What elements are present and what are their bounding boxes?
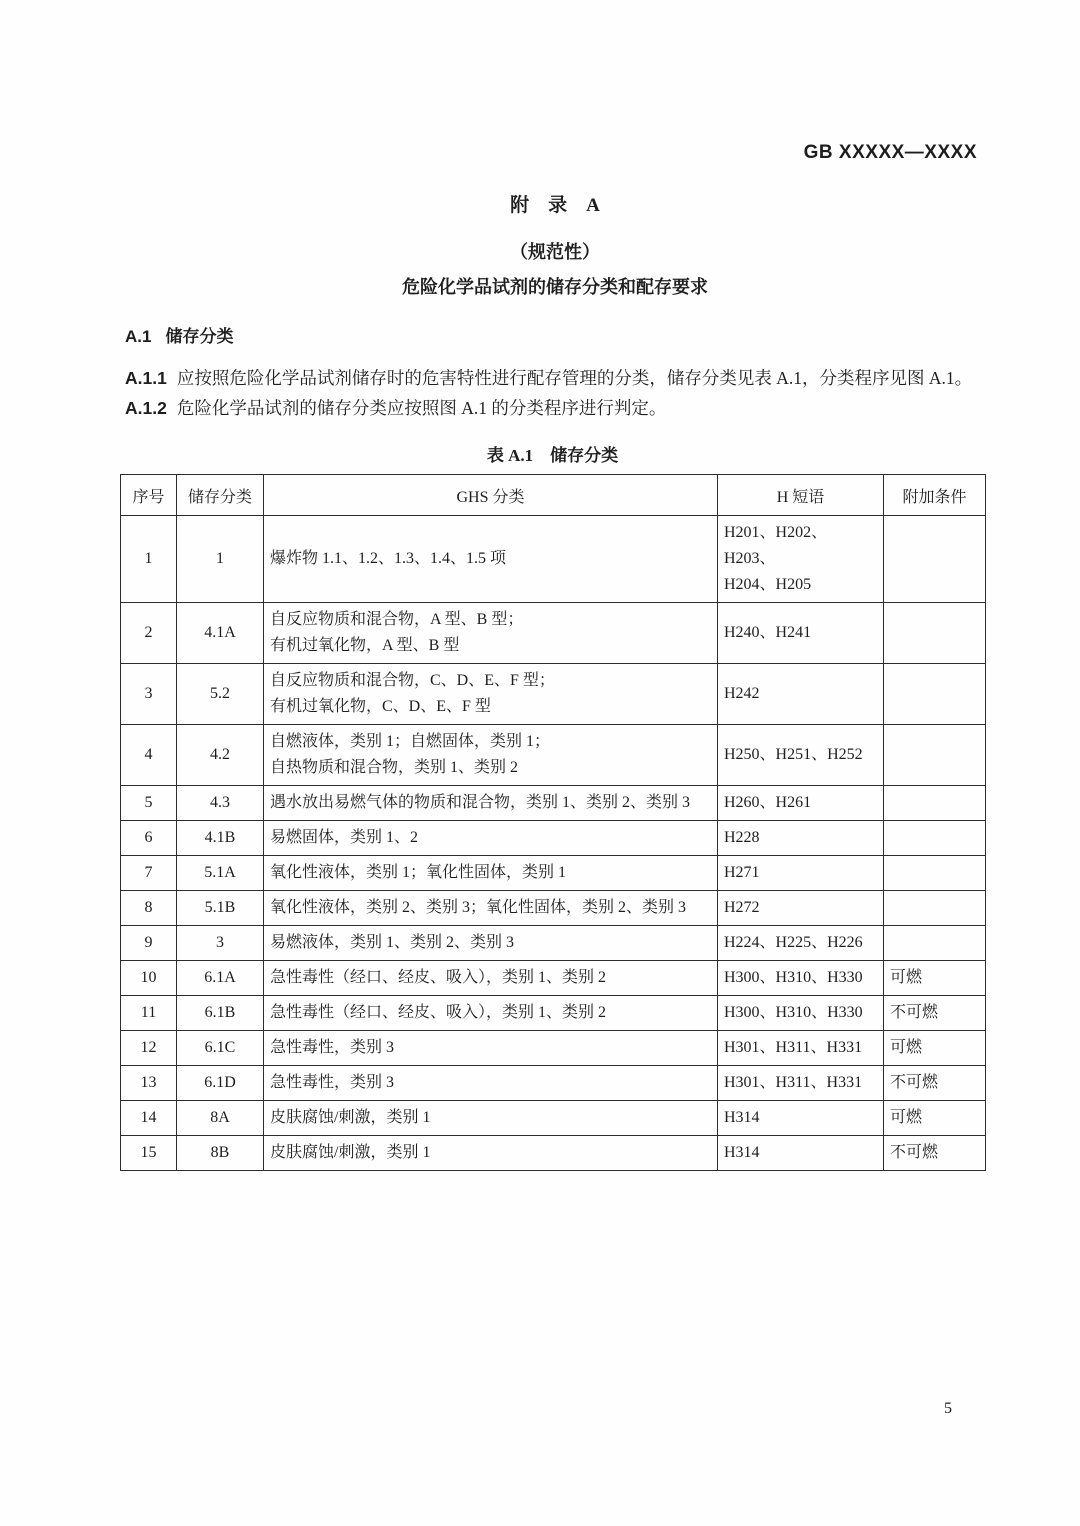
ghs-line: 有机过氧化物，A 型、B 型 [270,633,711,659]
cell-storage-class: 4.2 [177,725,264,786]
cell-storage-class: 4.3 [177,786,264,821]
table-row: 64.1B易燃固体，类别 1、2H228 [121,821,986,856]
table-row: 158B皮肤腐蚀/刺激，类别 1H314不可燃 [121,1136,986,1171]
cell-ghs: 氧化性液体，类别 1；氧化性固体，类别 1 [264,856,718,891]
cell-storage-class: 8A [177,1101,264,1136]
table-row: 126.1C急性毒性，类别 3H301、H311、H331可燃 [121,1031,986,1066]
col-header-seq: 序号 [121,475,177,516]
cell-seq: 7 [121,856,177,891]
h-phrase-line: H240、H241 [724,620,877,646]
ghs-line: 易燃固体，类别 1、2 [270,825,711,851]
ghs-line: 皮肤腐蚀/刺激，类别 1 [270,1105,711,1131]
cell-ghs: 易燃固体，类别 1、2 [264,821,718,856]
ghs-line: 自反应物质和混合物，C、D、E、F 型； [270,668,711,694]
section-heading: A.1储存分类 [125,322,985,347]
cell-extra: 可燃 [884,1031,986,1066]
table-row: 148A皮肤腐蚀/刺激，类别 1H314可燃 [121,1101,986,1136]
cell-seq: 5 [121,786,177,821]
h-phrase-line: H250、H251、H252 [724,742,877,768]
ghs-line: 急性毒性，类别 3 [270,1070,711,1096]
table-row: 35.2自反应物质和混合物，C、D、E、F 型；有机过氧化物，C、D、E、F 型… [121,664,986,725]
cell-ghs: 皮肤腐蚀/刺激，类别 1 [264,1101,718,1136]
table-header-row: 序号 储存分类 GHS 分类 H 短语 附加条件 [121,475,986,516]
cell-ghs: 急性毒性，类别 3 [264,1031,718,1066]
cell-ghs: 遇水放出易燃气体的物质和混合物，类别 1、类别 2、类别 3 [264,786,718,821]
col-header-h-phrases: H 短语 [718,475,884,516]
section-number: A.1 [125,327,151,346]
h-phrase-line: H204、H205 [724,572,877,598]
cell-h-phrases: H314 [718,1101,884,1136]
cell-h-phrases: H271 [718,856,884,891]
cell-seq: 8 [121,891,177,926]
cell-extra [884,926,986,961]
cell-h-phrases: H201、H202、H203、H204、H205 [718,516,884,603]
table-row: 54.3遇水放出易燃气体的物质和混合物，类别 1、类别 2、类别 3H260、H… [121,786,986,821]
h-phrase-line: H300、H310、H330 [724,965,877,991]
cell-storage-class: 5.1A [177,856,264,891]
ghs-line: 急性毒性，类别 3 [270,1035,711,1061]
cell-extra: 不可燃 [884,996,986,1031]
cell-ghs: 自反应物质和混合物，A 型、B 型；有机过氧化物，A 型、B 型 [264,603,718,664]
cell-seq: 9 [121,926,177,961]
cell-extra [884,786,986,821]
h-phrase-line: H271 [724,860,877,886]
col-header-storage-class: 储存分类 [177,475,264,516]
cell-seq: 14 [121,1101,177,1136]
cell-h-phrases: H228 [718,821,884,856]
ghs-line: 皮肤腐蚀/刺激，类别 1 [270,1140,711,1166]
h-phrase-line: H260、H261 [724,790,877,816]
h-phrase-line: H300、H310、H330 [724,1000,877,1026]
cell-extra [884,664,986,725]
ghs-line: 遇水放出易燃气体的物质和混合物，类别 1、类别 2、类别 3 [270,790,711,816]
table-caption: 表 A.1 储存分类 [120,441,985,466]
appendix-title: 危险化学品试剂的储存分类和配存要求 [125,273,985,299]
cell-extra [884,725,986,786]
cell-seq: 6 [121,821,177,856]
table-row: 85.1B氧化性液体，类别 2、类别 3；氧化性固体，类别 2、类别 3H272 [121,891,986,926]
cell-h-phrases: H300、H310、H330 [718,961,884,996]
cell-storage-class: 4.1A [177,603,264,664]
cell-extra [884,516,986,603]
cell-seq: 3 [121,664,177,725]
cell-h-phrases: H242 [718,664,884,725]
cell-storage-class: 5.1B [177,891,264,926]
table-row: 106.1A急性毒性（经口、经皮、吸入），类别 1、类别 2H300、H310、… [121,961,986,996]
cell-h-phrases: H240、H241 [718,603,884,664]
table-row: 116.1B急性毒性（经口、经皮、吸入），类别 1、类别 2H300、H310、… [121,996,986,1031]
cell-ghs: 氧化性液体，类别 2、类别 3；氧化性固体，类别 2、类别 3 [264,891,718,926]
cell-storage-class: 3 [177,926,264,961]
clause-a11: A.1.1应按照危险化学品试剂储存时的危害特性进行配存管理的分类，储存分类见表 … [125,363,985,393]
cell-seq: 12 [121,1031,177,1066]
appendix-label: 附 录 A [125,190,985,217]
table-row: 24.1A自反应物质和混合物，A 型、B 型；有机过氧化物，A 型、B 型H24… [121,603,986,664]
cell-storage-class: 6.1A [177,961,264,996]
section-title: 储存分类 [165,327,233,346]
cell-ghs: 急性毒性（经口、经皮、吸入），类别 1、类别 2 [264,996,718,1031]
cell-storage-class: 6.1D [177,1066,264,1101]
cell-h-phrases: H301、H311、H331 [718,1031,884,1066]
cell-ghs: 易燃液体，类别 1、类别 2、类别 3 [264,926,718,961]
cell-ghs: 自燃液体，类别 1；自燃固体，类别 1；自热物质和混合物，类别 1、类别 2 [264,725,718,786]
cell-seq: 11 [121,996,177,1031]
cell-ghs: 自反应物质和混合物，C、D、E、F 型；有机过氧化物，C、D、E、F 型 [264,664,718,725]
cell-storage-class: 4.1B [177,821,264,856]
cell-extra [884,821,986,856]
cell-h-phrases: H301、H311、H331 [718,1066,884,1101]
cell-extra: 可燃 [884,961,986,996]
cell-seq: 1 [121,516,177,603]
ghs-line: 有机过氧化物，C、D、E、F 型 [270,694,711,720]
storage-classification-table: 序号 储存分类 GHS 分类 H 短语 附加条件 11爆炸物 1.1、1.2、1… [120,474,986,1171]
cell-h-phrases: H260、H261 [718,786,884,821]
h-phrase-line: H228 [724,825,877,851]
ghs-line: 急性毒性（经口、经皮、吸入），类别 1、类别 2 [270,965,711,991]
table-header: 序号 储存分类 GHS 分类 H 短语 附加条件 [121,475,986,516]
h-phrase-line: H224、H225、H226 [724,930,877,956]
clause-text: 危险化学品试剂的储存分类应按照图 A.1 的分类程序进行判定。 [177,398,667,418]
cell-extra [884,891,986,926]
page-number: 5 [944,1400,952,1418]
ghs-line: 自燃液体，类别 1；自燃固体，类别 1； [270,729,711,755]
ghs-line: 急性毒性（经口、经皮、吸入），类别 1、类别 2 [270,1000,711,1026]
h-phrase-line: H314 [724,1140,877,1166]
cell-seq: 2 [121,603,177,664]
table-row: 93易燃液体，类别 1、类别 2、类别 3H224、H225、H226 [121,926,986,961]
table-row: 136.1D急性毒性，类别 3H301、H311、H331不可燃 [121,1066,986,1101]
h-phrase-line: H242 [724,681,877,707]
document-page: GB XXXXX—XXXX 附 录 A （规范性） 危险化学品试剂的储存分类和配… [0,0,1080,1526]
cell-storage-class: 5.2 [177,664,264,725]
col-header-extra: 附加条件 [884,475,986,516]
cell-seq: 10 [121,961,177,996]
normative-label: （规范性） [125,238,985,264]
ghs-line: 氧化性液体，类别 1；氧化性固体，类别 1 [270,860,711,886]
cell-extra [884,856,986,891]
standard-number: GB XXXXX—XXXX [125,142,985,164]
cell-seq: 13 [121,1066,177,1101]
h-phrase-line: H301、H311、H331 [724,1035,877,1061]
cell-storage-class: 6.1B [177,996,264,1031]
cell-storage-class: 8B [177,1136,264,1171]
cell-ghs: 急性毒性，类别 3 [264,1066,718,1101]
cell-ghs: 爆炸物 1.1、1.2、1.3、1.4、1.5 项 [264,516,718,603]
h-phrase-line: H201、H202、H203、 [724,520,877,572]
clause-text: 应按照危险化学品试剂储存时的危害特性进行配存管理的分类，储存分类见表 A.1，分… [177,368,972,388]
ghs-line: 自热物质和混合物，类别 1、类别 2 [270,755,711,781]
cell-storage-class: 6.1C [177,1031,264,1066]
cell-extra: 不可燃 [884,1066,986,1101]
cell-h-phrases: H224、H225、H226 [718,926,884,961]
ghs-line: 易燃液体，类别 1、类别 2、类别 3 [270,930,711,956]
cell-seq: 15 [121,1136,177,1171]
cell-storage-class: 1 [177,516,264,603]
h-phrase-line: H314 [724,1105,877,1131]
clause-number: A.1.2 [125,398,167,418]
clause-number: A.1.1 [125,368,167,388]
table-body: 11爆炸物 1.1、1.2、1.3、1.4、1.5 项H201、H202、H20… [121,516,986,1171]
cell-extra: 可燃 [884,1101,986,1136]
cell-h-phrases: H250、H251、H252 [718,725,884,786]
col-header-ghs: GHS 分类 [264,475,718,516]
cell-h-phrases: H272 [718,891,884,926]
cell-ghs: 急性毒性（经口、经皮、吸入），类别 1、类别 2 [264,961,718,996]
h-phrase-line: H272 [724,895,877,921]
cell-h-phrases: H314 [718,1136,884,1171]
table-row: 75.1A氧化性液体，类别 1；氧化性固体，类别 1H271 [121,856,986,891]
cell-extra: 不可燃 [884,1136,986,1171]
table-row: 11爆炸物 1.1、1.2、1.3、1.4、1.5 项H201、H202、H20… [121,516,986,603]
clause-a12: A.1.2危险化学品试剂的储存分类应按照图 A.1 的分类程序进行判定。 [125,393,985,423]
ghs-line: 爆炸物 1.1、1.2、1.3、1.4、1.5 项 [270,546,711,572]
cell-ghs: 皮肤腐蚀/刺激，类别 1 [264,1136,718,1171]
ghs-line: 氧化性液体，类别 2、类别 3；氧化性固体，类别 2、类别 3 [270,895,711,921]
cell-seq: 4 [121,725,177,786]
h-phrase-line: H301、H311、H331 [724,1070,877,1096]
cell-extra [884,603,986,664]
cell-h-phrases: H300、H310、H330 [718,996,884,1031]
table-row: 44.2自燃液体，类别 1；自燃固体，类别 1；自热物质和混合物，类别 1、类别… [121,725,986,786]
ghs-line: 自反应物质和混合物，A 型、B 型； [270,607,711,633]
